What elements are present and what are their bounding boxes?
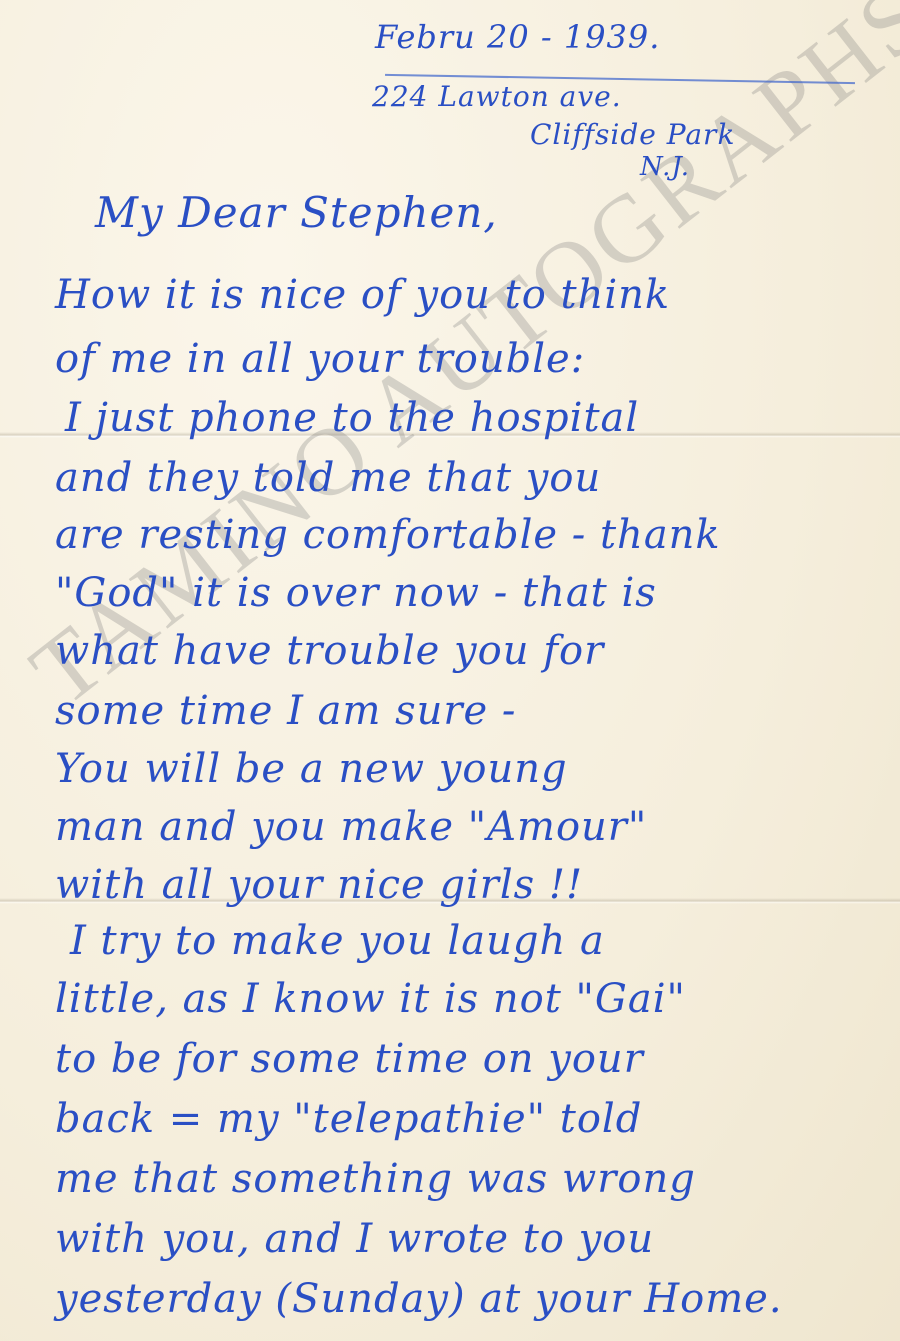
- salutation: My Dear Stephen,: [95, 188, 498, 237]
- body-line: me that something was wrong: [55, 1156, 696, 1202]
- body-line: and they told me that you: [55, 455, 601, 501]
- body-line: "God" it is over now - that is: [55, 570, 657, 616]
- body-line: back = my "telepathie" told: [55, 1096, 642, 1142]
- body-line: yesterday (Sunday) at your Home.: [55, 1276, 783, 1322]
- address-line-3: N.J.: [640, 152, 690, 182]
- body-line: some time I am sure -: [55, 688, 516, 734]
- body-line: I try to make you laugh a: [70, 918, 605, 964]
- body-line: with all your nice girls !!: [55, 862, 583, 908]
- letter-date: Febru 20 - 1939.: [375, 18, 660, 56]
- body-line: to be for some time on your: [55, 1036, 644, 1082]
- body-line: How it is nice of you to think: [55, 272, 670, 318]
- address-line-1: 224 Lawton ave.: [372, 80, 622, 113]
- body-line: You will be a new young: [55, 746, 568, 792]
- body-line: little, as I know it is not "Gai": [55, 976, 686, 1022]
- body-line: are resting comfortable - thank: [55, 512, 721, 558]
- body-line: with you, and I wrote to you: [55, 1216, 654, 1262]
- body-line: I just phone to the hospital: [65, 395, 639, 441]
- body-line: what have trouble you for: [55, 628, 604, 674]
- body-line: of me in all your trouble:: [55, 336, 585, 382]
- body-line: man and you make "Amour": [55, 804, 647, 850]
- address-line-2: Cliffside Park: [530, 118, 735, 151]
